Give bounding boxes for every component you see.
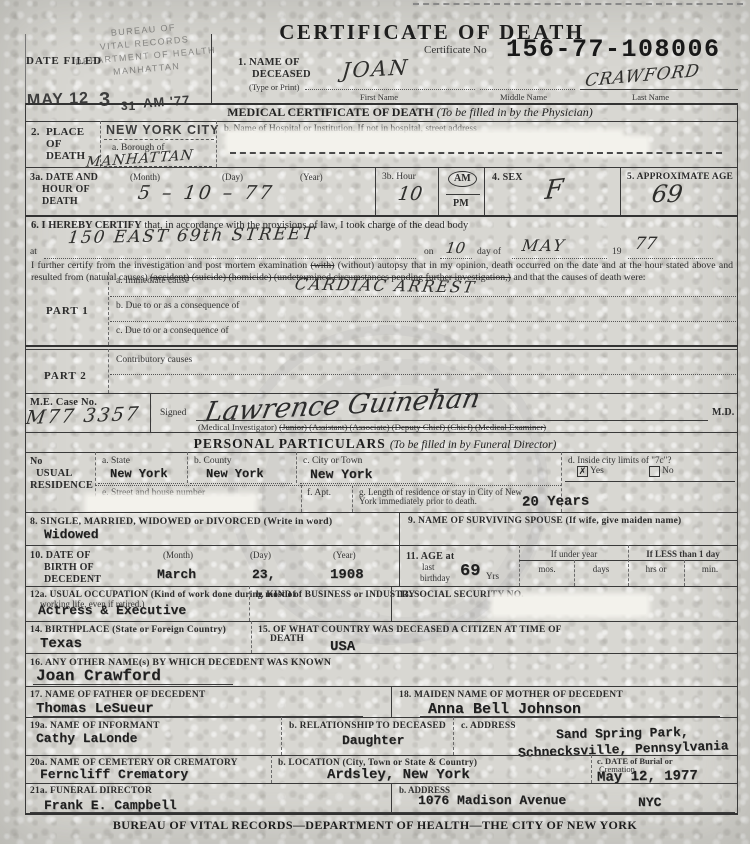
last-name-line	[580, 89, 738, 90]
field10-label2: BIRTH OF	[44, 562, 94, 573]
birthplace-label: 14. BIRTHPLACE (State or Foreign Country…	[30, 625, 226, 635]
divider	[281, 717, 282, 755]
bureau-round-stamp: BUREAU OF VITAL RECORDS DEPARTMENT OF HE…	[58, 17, 232, 84]
death-date-value: 5 – 10 – 77	[136, 182, 276, 204]
birth-year-label: (Year)	[333, 550, 356, 560]
due-to-b-label: b. Due to or as a consequence of	[116, 301, 239, 311]
mother-name-label: 18. MAIDEN NAME OF MOTHER OF DECEDENT	[399, 690, 623, 700]
divider	[591, 755, 592, 783]
dotted-line	[110, 374, 736, 375]
field11-label1: 11. AGE at	[406, 551, 454, 562]
divider	[296, 452, 297, 483]
dotted-line	[628, 258, 713, 259]
yes-label: Yes	[590, 466, 604, 476]
medical-cert-title-main: MEDICAL CERTIFICATE OF DEATH	[227, 105, 433, 119]
length-value: 20 Years	[522, 493, 589, 510]
divider	[391, 586, 392, 621]
divider	[251, 621, 252, 653]
pp-main: PERSONAL PARTICULARS	[194, 436, 386, 451]
marital-status-value: Widowed	[44, 527, 99, 542]
year-prefix-label: 19	[612, 247, 622, 257]
no-label: No	[662, 466, 674, 476]
citizen-label2: DEATH	[270, 634, 304, 644]
county-label: b. County	[194, 456, 231, 466]
divider	[438, 167, 439, 215]
contributory-label: Contributory causes	[116, 355, 192, 365]
field11-label2: last	[422, 562, 435, 572]
dotted-line	[44, 258, 416, 259]
divider	[684, 560, 685, 586]
birth-day-label: (Day)	[250, 550, 271, 560]
row-line	[25, 432, 738, 433]
no-checkbox	[649, 466, 660, 477]
redaction-dash-line	[230, 152, 722, 154]
middle-name-line	[480, 89, 575, 90]
dotted-line	[300, 483, 452, 484]
part1-label: PART 1	[46, 305, 89, 317]
last-name-value: CRAWFORD	[584, 61, 702, 91]
row-line	[25, 686, 738, 687]
value-underline	[33, 684, 233, 685]
row-line	[25, 545, 738, 546]
yes-checkbox: ✗	[577, 466, 588, 477]
stamp-dash-line	[104, 139, 214, 140]
field11-label3: birthday	[420, 573, 450, 583]
at-label: at	[30, 247, 37, 257]
dotted-line	[95, 485, 561, 486]
redaction-patch	[88, 497, 253, 511]
divider	[484, 167, 485, 215]
field1-label2: DECEASED	[252, 69, 311, 80]
relationship-value: Daughter	[342, 733, 404, 748]
signed-label: Signed	[160, 408, 186, 418]
yes-no-line	[565, 481, 735, 482]
father-name-label: 17. NAME OF FATHER OF DECEDENT	[30, 690, 205, 700]
informant-address-label: c. ADDRESS	[461, 721, 516, 731]
field10-label1: 10. DATE OF	[30, 550, 91, 561]
row-line	[25, 783, 738, 784]
year-label: (Year)	[300, 172, 323, 182]
field1-label: 1. NAME OF	[238, 57, 300, 68]
yrs-label: Yrs	[486, 571, 499, 581]
dotted-line	[110, 296, 736, 297]
death-certificate-scan: BUREAU OF VITAL RECORDS DEPARTMENT OF HE…	[0, 0, 750, 844]
informant-value: Cathy LaLonde	[36, 731, 137, 746]
dotted-line	[98, 483, 184, 484]
due-to-c-label: c. Due to or a consequence of	[116, 326, 229, 336]
title-kept: (Medical Investigator)	[198, 422, 277, 432]
month-label: (Month)	[130, 172, 160, 182]
divider	[399, 545, 400, 586]
row-line	[25, 621, 738, 622]
row-line	[25, 586, 738, 587]
birth-month-value: March	[157, 567, 196, 582]
father-name-value: Thomas LeSueur	[36, 701, 154, 717]
row-line	[25, 167, 738, 168]
further-tail: and that the causes of death were:	[513, 272, 645, 283]
field7-label1: USUAL	[36, 468, 73, 479]
field2-label1: PLACE	[46, 126, 84, 138]
field9-label: 9. NAME OF SURVIVING SPOUSE (If wife, gi…	[408, 516, 681, 526]
date-stamp-minute: 31	[121, 99, 136, 113]
director-address-value: 1076 Madison Avenue	[418, 793, 566, 808]
divider	[375, 167, 376, 215]
pm-label: PM	[453, 198, 469, 209]
divider	[391, 783, 392, 813]
day-label: (Day)	[222, 172, 243, 182]
divider	[574, 560, 575, 586]
other-names-value: Joan Crawford	[36, 667, 161, 685]
birth-day-value: 23,	[252, 567, 275, 582]
divider	[271, 755, 272, 783]
medical-cert-title: MEDICAL CERTIFICATE OF DEATH (To be fill…	[180, 105, 640, 120]
informant-label: 19a. NAME OF INFORMANT	[30, 721, 160, 731]
less-day-label: If LESS than 1 day	[629, 549, 737, 559]
me-case-value: M77 3357	[24, 403, 141, 429]
dotted-line	[512, 258, 607, 259]
row-line	[25, 215, 738, 217]
divider	[519, 545, 520, 586]
sex-label: 4. SEX	[492, 172, 523, 183]
director-address-city: NYC	[638, 795, 661, 810]
box-left-border	[25, 103, 26, 815]
death-address-value: 150 EAST 69th STREET	[67, 224, 317, 248]
further-text: I further certify from the investigation…	[31, 260, 307, 271]
titles-struck: (Junior) (Assistant) (Associate) (Deputy…	[279, 422, 546, 432]
double-line-top	[25, 345, 738, 347]
death-month-value: MAY	[521, 236, 568, 255]
field8-label: 8. SINGLE, MARRIED, WIDOWED or DIVORCED …	[30, 516, 332, 527]
divider	[216, 121, 217, 167]
birthplace-value: Texas	[40, 636, 82, 652]
new-york-city-stamp: NEW YORK CITY	[106, 123, 219, 137]
box-right-border	[737, 103, 738, 815]
footer-text: BUREAU OF VITAL RECORDS—DEPARTMENT OF HE…	[0, 818, 750, 833]
hrs-label: hrs or	[630, 564, 682, 574]
occupation-value: Actress & Executive	[38, 603, 186, 618]
redaction-patch	[228, 133, 620, 151]
signature-line	[196, 420, 708, 421]
divider	[301, 485, 302, 512]
certificate-no-label: Certificate No	[424, 44, 487, 56]
sex-value: F	[543, 174, 564, 206]
row-line	[25, 452, 738, 453]
dotted-line	[110, 321, 736, 322]
funeral-director-label: 21a. FUNERAL DIRECTOR	[30, 786, 152, 796]
pp-sub: (To be filled in by Funeral Director)	[390, 439, 557, 451]
header-divider	[211, 34, 212, 103]
first-name-label: First Name	[360, 92, 398, 102]
date-stamp-monthday: MAY 12	[27, 90, 90, 110]
day-of-label: day of	[477, 247, 501, 257]
struck-with: (with)	[310, 260, 334, 271]
state-label: a. State	[102, 456, 130, 466]
min-label: min.	[686, 564, 734, 574]
funeral-director-value: Frank E. Campbell	[44, 798, 177, 813]
divider	[628, 545, 629, 586]
field3-label3: DEATH	[42, 196, 78, 207]
first-name-line	[305, 89, 475, 90]
mos-label: mos.	[521, 564, 573, 574]
divider	[352, 485, 353, 512]
field2-label3: DEATH	[46, 150, 85, 162]
double-line-bottom	[25, 349, 738, 350]
birth-month-label: (Month)	[163, 550, 193, 560]
divider	[620, 167, 621, 215]
city-value: New York	[310, 467, 372, 482]
divider	[453, 717, 454, 755]
inside-limits-label: d. Inside city limits of "7c"?	[568, 455, 671, 465]
last-name-label: Last Name	[632, 92, 669, 102]
top-dashed-line	[413, 3, 743, 5]
value-underline	[30, 812, 735, 813]
days-label: days	[576, 564, 626, 574]
birth-year-value: 1908	[330, 567, 364, 583]
divider	[399, 512, 400, 545]
row-line	[25, 653, 738, 654]
medical-cert-title-sub: (To be filled in by the Physician)	[437, 105, 593, 119]
field1-sublabel: (Type or Print)	[249, 82, 299, 92]
hour-label: 3b. Hour	[382, 172, 416, 182]
field2-label2: OF	[46, 138, 62, 150]
certificate-no: 156-77-108006	[506, 35, 721, 64]
date-stamp-hour: 3	[99, 89, 111, 112]
row-line	[25, 512, 738, 513]
city-label: c. City or Town	[303, 456, 362, 466]
divider	[150, 393, 151, 432]
row-line	[25, 717, 738, 718]
hour-value: 10	[396, 183, 423, 205]
box-bottom-border	[25, 813, 738, 815]
under-year-label: If under year	[521, 549, 627, 559]
length-label2: York immediately prior to death.	[359, 496, 477, 506]
state-value: New York	[110, 467, 168, 481]
relationship-label: b. RELATIONSHIP TO DECEASED	[289, 721, 446, 731]
part2-label: PART 2	[44, 370, 87, 382]
redaction-patch	[594, 139, 646, 152]
examiner-titles-line: (Medical Investigator) (Junior) (Assista…	[198, 422, 710, 432]
cemetery-value: Ferncliff Crematory	[40, 767, 188, 782]
death-year-value: 77	[634, 234, 658, 254]
apt-label: f. Apt.	[307, 488, 331, 498]
part2-divider	[108, 349, 109, 393]
field2-no: 2.	[31, 126, 40, 138]
am-circled: AM	[448, 171, 477, 187]
divider	[249, 586, 250, 621]
dotted-line	[190, 483, 292, 484]
first-name-value: JOAN	[341, 55, 410, 83]
divider	[391, 686, 392, 717]
on-day-value: 10	[445, 239, 467, 257]
field3-label2: HOUR OF	[42, 184, 90, 195]
row-line	[25, 121, 738, 122]
age-value: 69	[650, 180, 684, 208]
dotted-line	[440, 258, 472, 259]
field7-label2: RESIDENCE	[30, 480, 93, 491]
redaction-patch	[494, 597, 646, 614]
part1-divider	[108, 272, 109, 345]
divider	[187, 452, 188, 483]
date-filed-label: DATE FILED	[26, 55, 102, 67]
middle-name-label: Middle Name	[500, 92, 547, 102]
immediate-cause-value: CARDIAC ARREST	[293, 274, 477, 296]
md-label: M.D.	[712, 407, 734, 418]
immediate-cause-label: a. Immediate cause	[116, 276, 189, 286]
am-pm-line	[446, 194, 480, 195]
on-label: on	[424, 247, 434, 257]
field10-label3: DECEDENT	[44, 574, 101, 585]
field3-label1: 3a. DATE AND	[30, 172, 98, 183]
personal-particulars-title: PERSONAL PARTICULARS (To be filled in by…	[175, 435, 575, 453]
age-at-death-value: 69	[460, 562, 480, 581]
county-value: New York	[206, 467, 264, 481]
field7-no: No	[30, 456, 43, 467]
cemetery-location-value: Ardsley, New York	[327, 767, 470, 783]
